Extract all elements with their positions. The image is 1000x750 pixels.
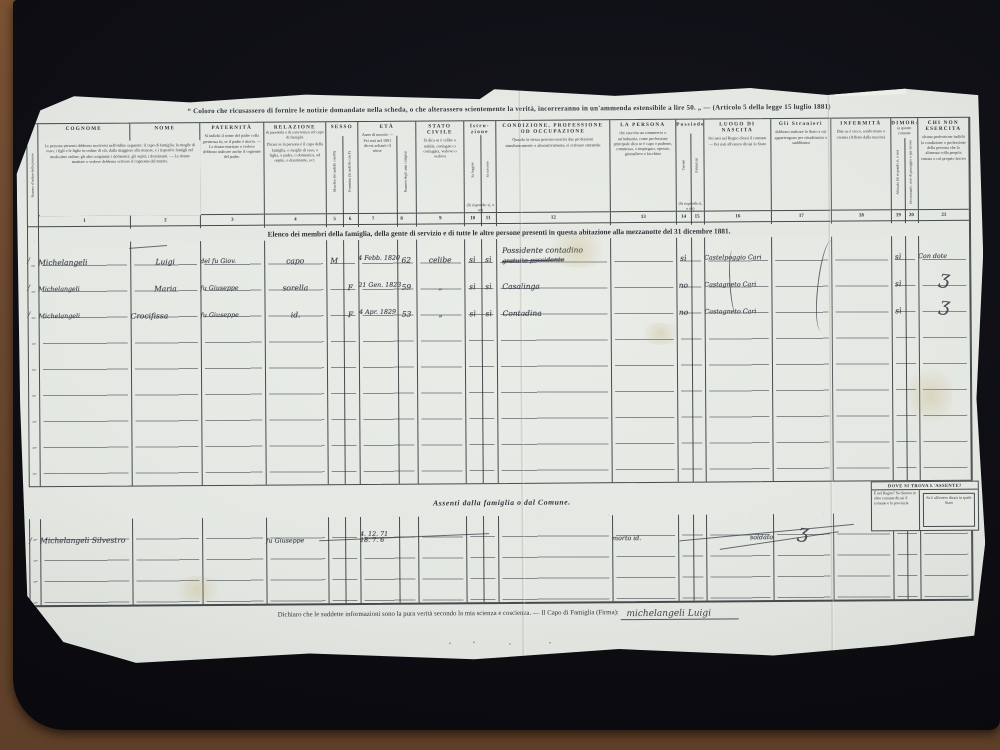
col-relazione-desc: Dicasi se la persona è il capo della fam… bbox=[264, 139, 326, 214]
cognome-nome-shared-desc: Le persone presenti debbono iscriversi n… bbox=[39, 140, 201, 216]
col-condizione-desc: Quando la stessa persona esercita due pr… bbox=[496, 135, 610, 213]
absent-heading: Assenti dalla famiglia o dal Comune. bbox=[19, 495, 985, 511]
census-sheet: “ Coloro che ricusassero di fornire le n… bbox=[16, 81, 986, 666]
col-possiede-title: Possiede bbox=[676, 120, 703, 128]
col-relazione-num: 4 bbox=[294, 217, 297, 222]
cell-absent-nota1: morto id. bbox=[612, 536, 678, 543]
row-number-label: Numero d'ordine delle persone bbox=[30, 153, 34, 197]
col-sa-leggere-label: Sa leggere bbox=[470, 162, 474, 177]
col-paternita-num: 3 bbox=[231, 218, 234, 223]
pencil-smudges bbox=[440, 640, 560, 647]
col-stato-title: STATO CIVILE bbox=[416, 121, 463, 136]
col-istruzione-title: Istru- zione bbox=[464, 121, 495, 136]
declaration-line: Dichiaro che le suddette informazioni so… bbox=[278, 607, 960, 623]
col-luogo-title: LUOGO DI NASCITA bbox=[704, 119, 770, 134]
cell-condizione: Possidente contadino bbox=[502, 245, 583, 255]
declaration-text: Dichiaro che le suddette informazioni so… bbox=[278, 609, 619, 618]
col-chinon-desc: alcuna professione indichi la condizione… bbox=[918, 132, 969, 209]
where-box-regno: È nel Regno? Se dimora in altro comune d… bbox=[872, 490, 920, 530]
col-sa-scrivere-label: Sa scrivere bbox=[486, 161, 490, 177]
col-cognome-num: 1 bbox=[83, 219, 86, 224]
col-paternita-desc: Si indichi il nome del padre colla preme… bbox=[200, 131, 264, 215]
col-dimora-abituale-label: Abituale (Si risponda sì, o no) bbox=[896, 150, 901, 194]
col-sesso-m-label: Maschio (Si indichi con M) bbox=[332, 152, 337, 193]
penalty-warning-line: “ Coloro che ricusassero di fornire le n… bbox=[56, 102, 962, 116]
where-is-absent-box: DOVE SI TROVA L'ASSENTE? È nel Regno? Se… bbox=[871, 481, 979, 532]
col-infermita-desc: Dire se è cieco, sordo-muto o cretino (A… bbox=[831, 127, 891, 211]
col-dimora-subtitle: in questo comune bbox=[891, 126, 917, 135]
cell-paternita: fu Giuseppe bbox=[201, 313, 265, 320]
cell-cognome: Michelangeli bbox=[39, 314, 131, 321]
cell-nome: Crocifissa bbox=[131, 311, 201, 320]
col-condizione-title: CONDIZIONE, PROFESSIONE OD OCCUPAZIONE bbox=[496, 120, 609, 135]
col-luogo-desc: Pei nati nel Regno dicasi il comune — Pe… bbox=[704, 134, 771, 211]
col-terreni-label: Terreni bbox=[681, 160, 685, 171]
col-sesso-title: SESSO bbox=[326, 122, 357, 130]
col-persona-desc: che esercita un commercio o un'industria… bbox=[610, 128, 676, 212]
col-nome-num: 2 bbox=[164, 218, 167, 223]
col-stranieri-desc: debbono indicare lo Stato a cui apparten… bbox=[771, 127, 831, 211]
col-eta-nascita-label: Anno di nascita — Pei nati nel 1881 dice… bbox=[358, 130, 397, 213]
where-box-estero: Se è all'estero dicasi in quale Stato bbox=[923, 493, 975, 527]
pen-flourish: ʒ bbox=[939, 272, 951, 283]
cell-absent-cognome: Michelangeli Silvestro bbox=[40, 536, 125, 546]
head-of-family-signature: michelangeli Luigi bbox=[620, 608, 738, 620]
col-dimora-occasionale-label: Occasionale, cioè di passaggio o per lav… bbox=[909, 140, 914, 204]
col-dimora-title: DIMORA bbox=[891, 118, 917, 126]
col-chinon-title: CHI NON ESERCITA bbox=[918, 118, 968, 133]
col-eta-anni-label: Numero degli anni compiuti bbox=[404, 151, 409, 193]
col-stato-desc: Si dica se è celibe o nubile, coniugato … bbox=[416, 136, 464, 213]
col-sesso-f-label: Femmina (Si indichi con F) bbox=[348, 151, 353, 192]
pen-flourish: ʒ bbox=[939, 299, 951, 310]
col-fabbricati-label: Fabbricati bbox=[695, 157, 699, 172]
col-relazione-subtitle: di parentela o di convivenza col capo di… bbox=[264, 130, 325, 139]
